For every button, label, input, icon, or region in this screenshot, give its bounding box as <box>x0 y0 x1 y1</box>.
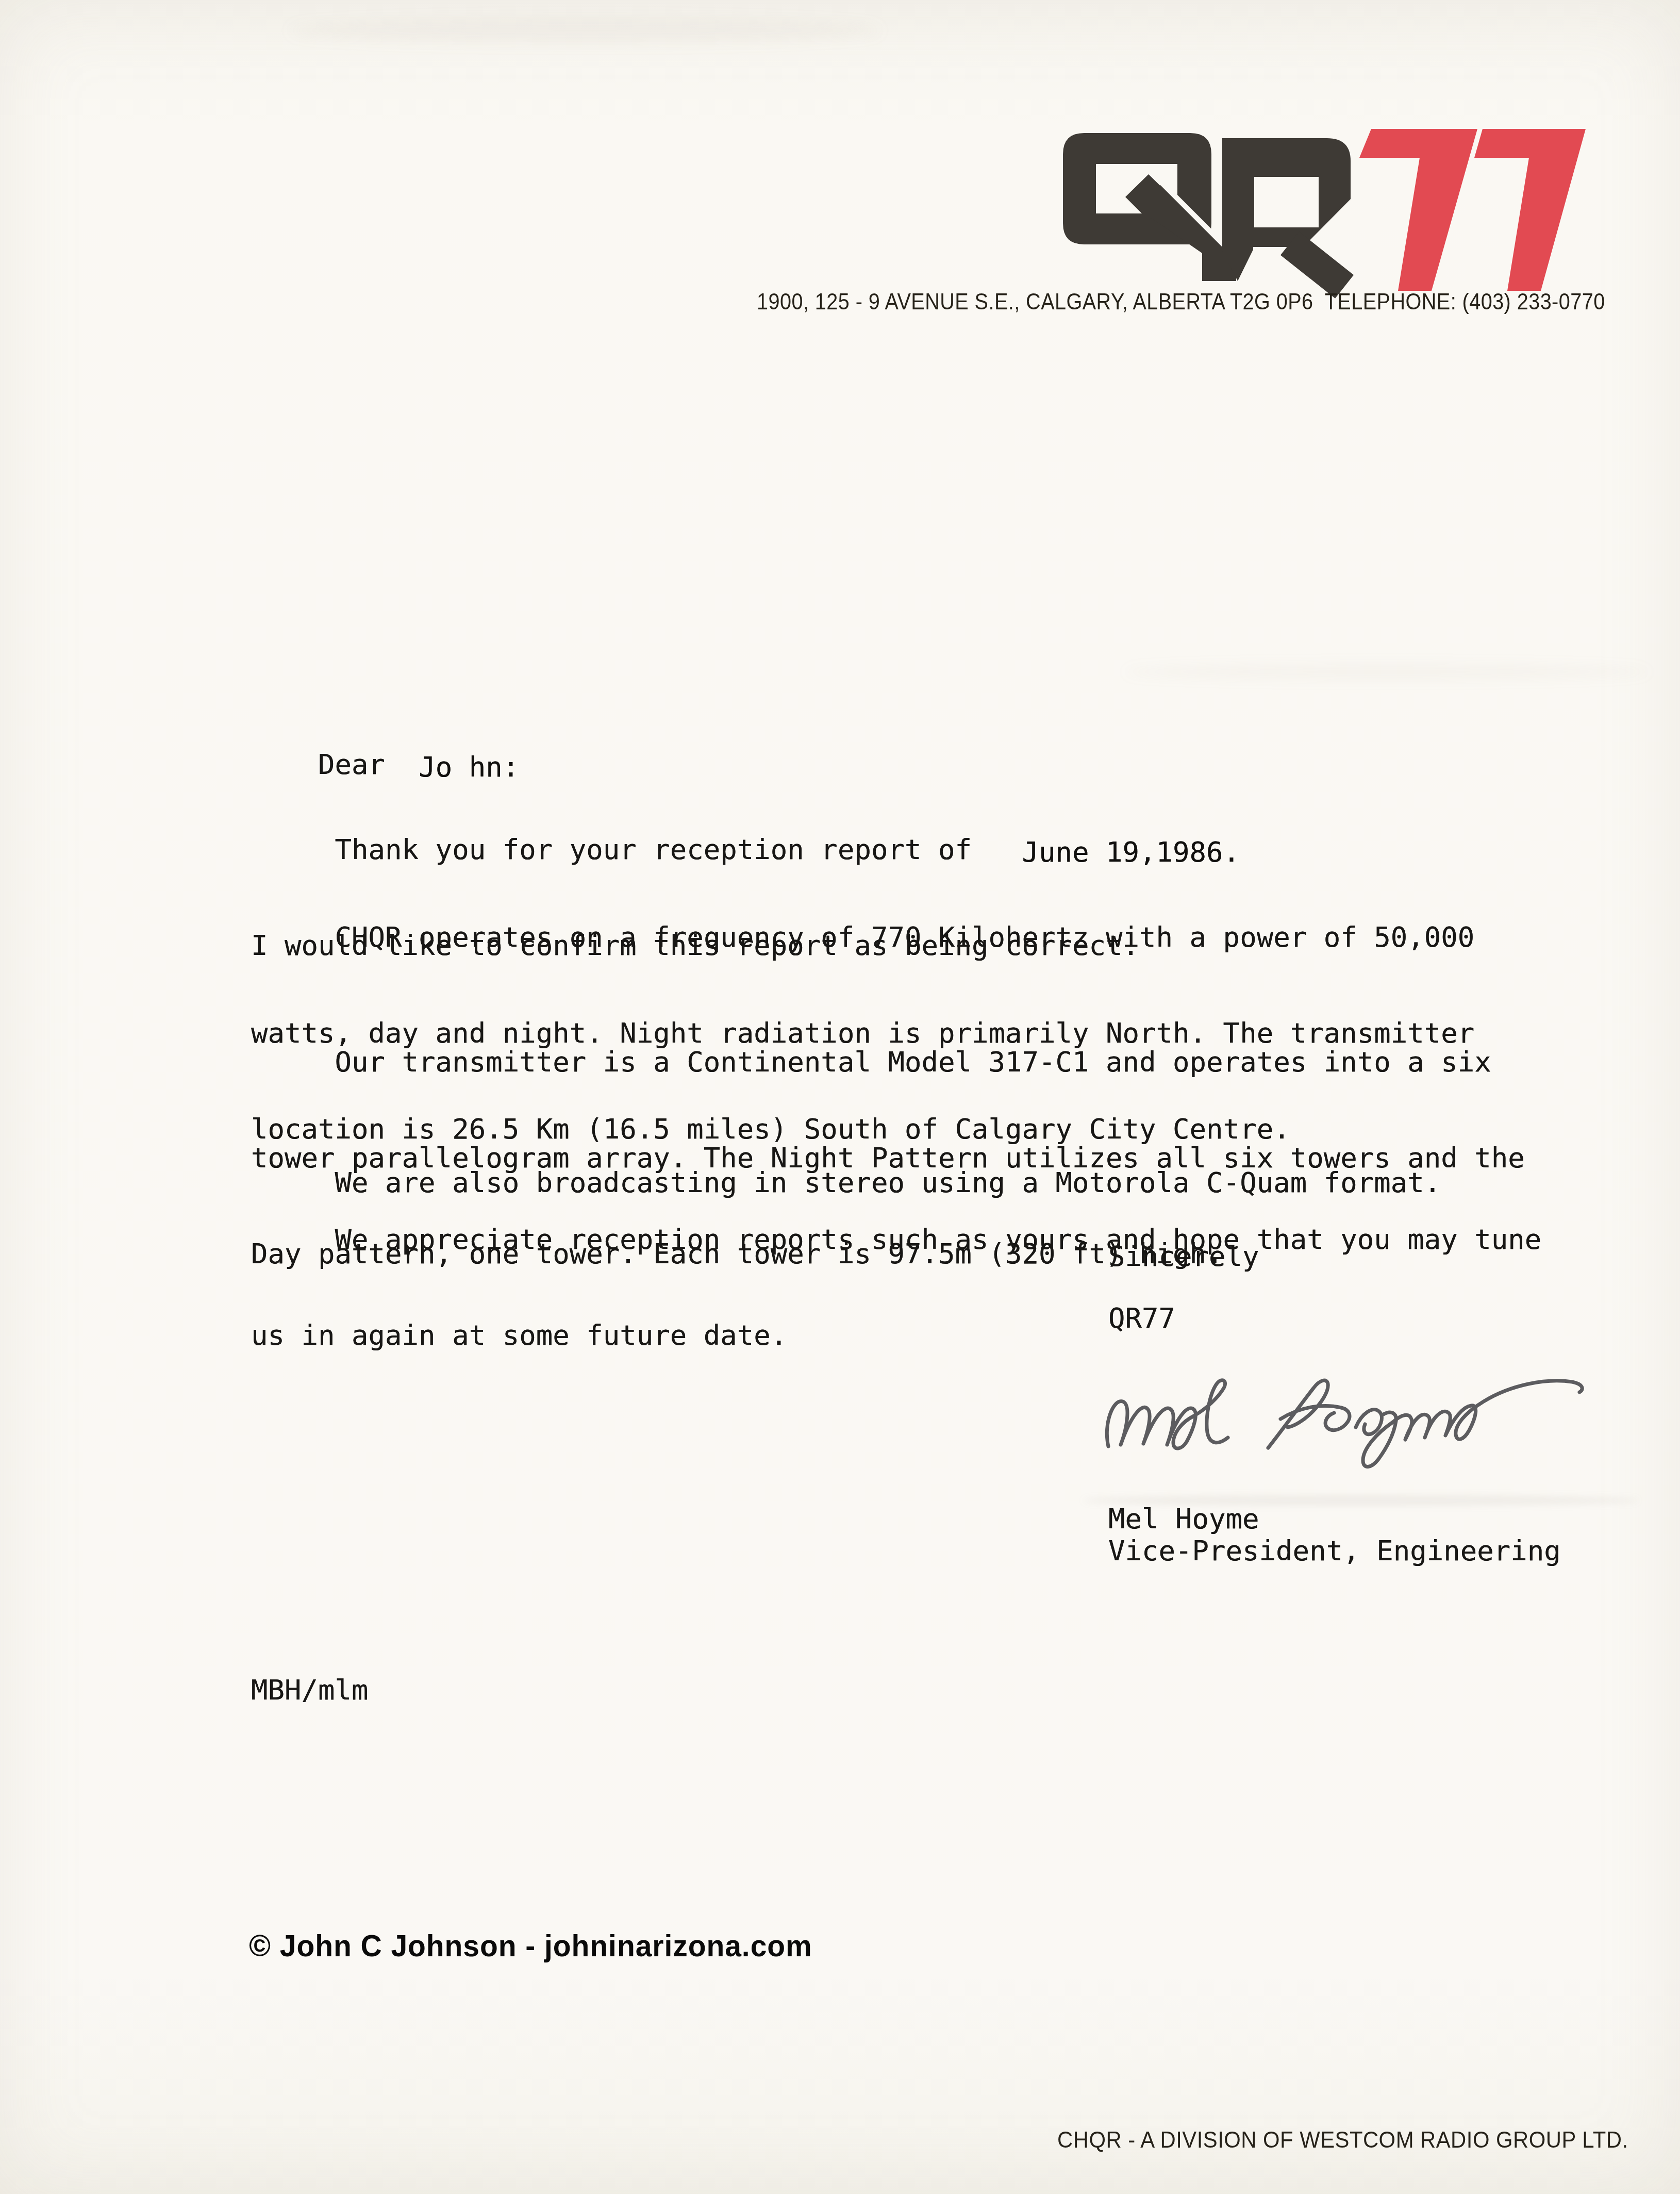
logo-letter-r-leg <box>1290 243 1344 287</box>
paragraph-3-line-1: Our transmitter is a Continental Model 3… <box>251 1046 1525 1078</box>
letterhead-address: 1900, 125 - 9 AVENUE S.E., CALGARY, ALBE… <box>757 289 1605 315</box>
closing-sincerely: Sincerely <box>1108 1241 1259 1273</box>
qr77-logo-graphic <box>1062 127 1588 312</box>
paragraph-5-line-1: We appreciate reception reports such as … <box>251 1224 1541 1256</box>
signer-title: Vice-President, Engineering <box>1108 1535 1561 1567</box>
logo-digit-7-second <box>1474 129 1586 291</box>
division-footer: CHQR - A DIVISION OF WESTCOM RADIO GROUP… <box>1057 2126 1628 2153</box>
signer-name: Mel Hoyme <box>1108 1503 1259 1535</box>
logo-letter-r-bowl <box>1253 138 1351 247</box>
signature-graphic <box>1098 1341 1614 1470</box>
reference-initials: MBH/mlm <box>251 1674 369 1706</box>
paragraph-2-line-1: CHQR operates on a frequency of 770 Kilo… <box>251 921 1474 953</box>
signature-mel-hoyme <box>1098 1341 1614 1470</box>
copyright-line: © John C Johnson - johninarizona.com <box>249 1928 812 1964</box>
scan-streak <box>1124 664 1650 680</box>
closing-station: QR77 <box>1108 1302 1175 1334</box>
logo-letter-r-stem <box>1222 138 1253 281</box>
qr77-logo <box>1062 127 1588 312</box>
letter-page: 1900, 125 - 9 AVENUE S.E., CALGARY, ALBE… <box>0 0 1680 2194</box>
logo-digit-7-first <box>1359 129 1477 291</box>
scan-streak <box>289 19 881 42</box>
